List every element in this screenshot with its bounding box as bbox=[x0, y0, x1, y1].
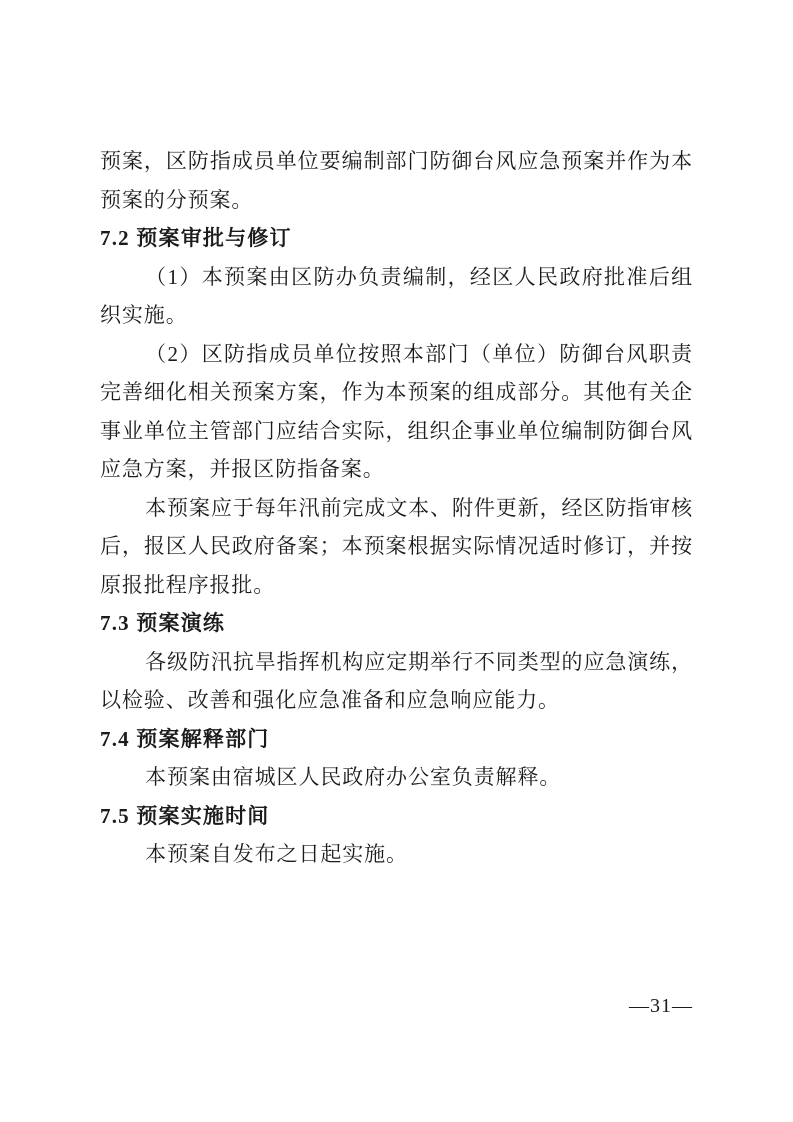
section-heading-7-5: 7.5 预案实施时间 bbox=[100, 797, 693, 836]
section-heading-7-3: 7.3 预案演练 bbox=[100, 604, 693, 643]
paragraph-drill: 各级防汛抗旱指挥机构应定期举行不同类型的应急演练，以检验、改善和强化应急准备和应… bbox=[100, 643, 693, 720]
paragraph-interpretation: 本预案由宿城区人民政府办公室负责解释。 bbox=[100, 758, 693, 797]
paragraph-effective-date: 本预案自发布之日起实施。 bbox=[100, 835, 693, 874]
page-number: —31— bbox=[100, 995, 693, 1018]
section-heading-7-4: 7.4 预案解释部门 bbox=[100, 720, 693, 759]
document-body: 预案，区防指成员单位要编制部门防御台风应急预案并作为本预案的分预案。 7.2 预… bbox=[100, 142, 693, 874]
section-heading-7-2: 7.2 预案审批与修订 bbox=[100, 219, 693, 258]
paragraph-item-1: （1）本预案由区防办负责编制，经区人民政府批准后组织实施。 bbox=[100, 258, 693, 335]
paragraph-item-2: （2）区防指成员单位按照本部门（单位）防御台风职责完善细化相关预案方案，作为本预… bbox=[100, 335, 693, 489]
paragraph-continuation: 预案，区防指成员单位要编制部门防御台风应急预案并作为本预案的分预案。 bbox=[100, 142, 693, 219]
document-page: 预案，区防指成员单位要编制部门防御台风应急预案并作为本预案的分预案。 7.2 预… bbox=[0, 0, 793, 1122]
paragraph-revision: 本预案应于每年汛前完成文本、附件更新，经区防指审核后，报区人民政府备案；本预案根… bbox=[100, 489, 693, 605]
